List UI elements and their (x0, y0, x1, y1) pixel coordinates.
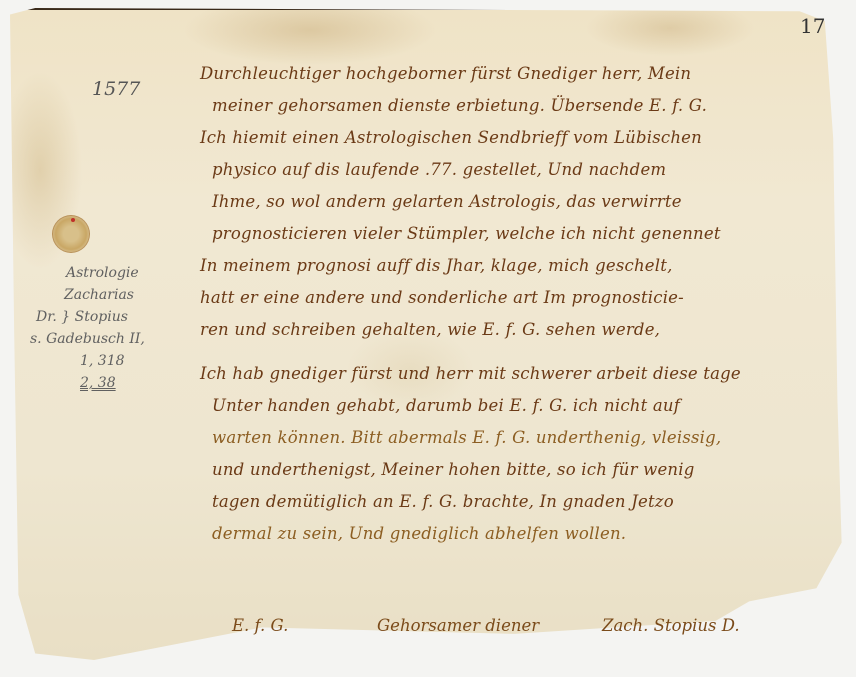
letter-line: Ich hiemit einen Astrologischen Sendbrie… (200, 122, 840, 154)
letter-line: Ich hab gnediger fürst und herr mit schw… (200, 358, 840, 390)
letter-line: dermal zu sein, Und gnediglich abhelfen … (200, 518, 840, 550)
letter-body: Durchleuchtiger hochgeborner fürst Gnedi… (200, 58, 840, 550)
letter-line: tagen demütiglich an E. f. G. brachte, I… (200, 486, 840, 518)
folio-number: 17 (800, 14, 825, 38)
margin-note: Astrologie (30, 262, 190, 284)
margin-note: Zacharias (30, 284, 190, 306)
closing-salutation: E. f. G. (232, 616, 288, 635)
letter-line: Ihme, so wol andern gelarten Astrologis,… (200, 186, 840, 218)
margin-note: Dr. } Stopius (30, 306, 190, 328)
closing-servant: Gehorsamer diener (377, 616, 539, 635)
letter-line: hatt er eine andere und sonderliche art … (200, 282, 840, 314)
margin-note: 2, 38 (30, 372, 190, 394)
letter-line: und underthenigst, Meiner hohen bitte, s… (200, 454, 840, 486)
margin-note: 1, 318 (30, 350, 190, 372)
margin-notes: Astrologie Zacharias Dr. } Stopius s. Ga… (30, 262, 190, 394)
letter-line: meiner gehorsamen dienste erbietung. Übe… (200, 90, 840, 122)
year-annotation: 1577 (92, 78, 140, 101)
letter-line: prognosticieren vieler Stümpler, welche … (200, 218, 840, 250)
letter-closing: E. f. G. Gehorsamer diener Zach. Stopius… (232, 616, 832, 646)
letter-line: physico auf dis laufende .77. gestellet,… (200, 154, 840, 186)
letter-line: ren und schreiben gehalten, wie E. f. G.… (200, 314, 840, 346)
letter-line: Durchleuchtiger hochgeborner fürst Gnedi… (200, 58, 840, 90)
signature: Zach. Stopius D. (602, 616, 740, 635)
letter-line: warten können. Bitt abermals E. f. G. un… (200, 422, 840, 454)
margin-note: s. Gadebusch II, (30, 328, 190, 350)
letter-line: In meinem prognosi auff dis Jhar, klage,… (200, 250, 840, 282)
wax-seal-stain (52, 215, 90, 253)
letter-line: Unter handen gehabt, darumb bei E. f. G.… (200, 390, 840, 422)
